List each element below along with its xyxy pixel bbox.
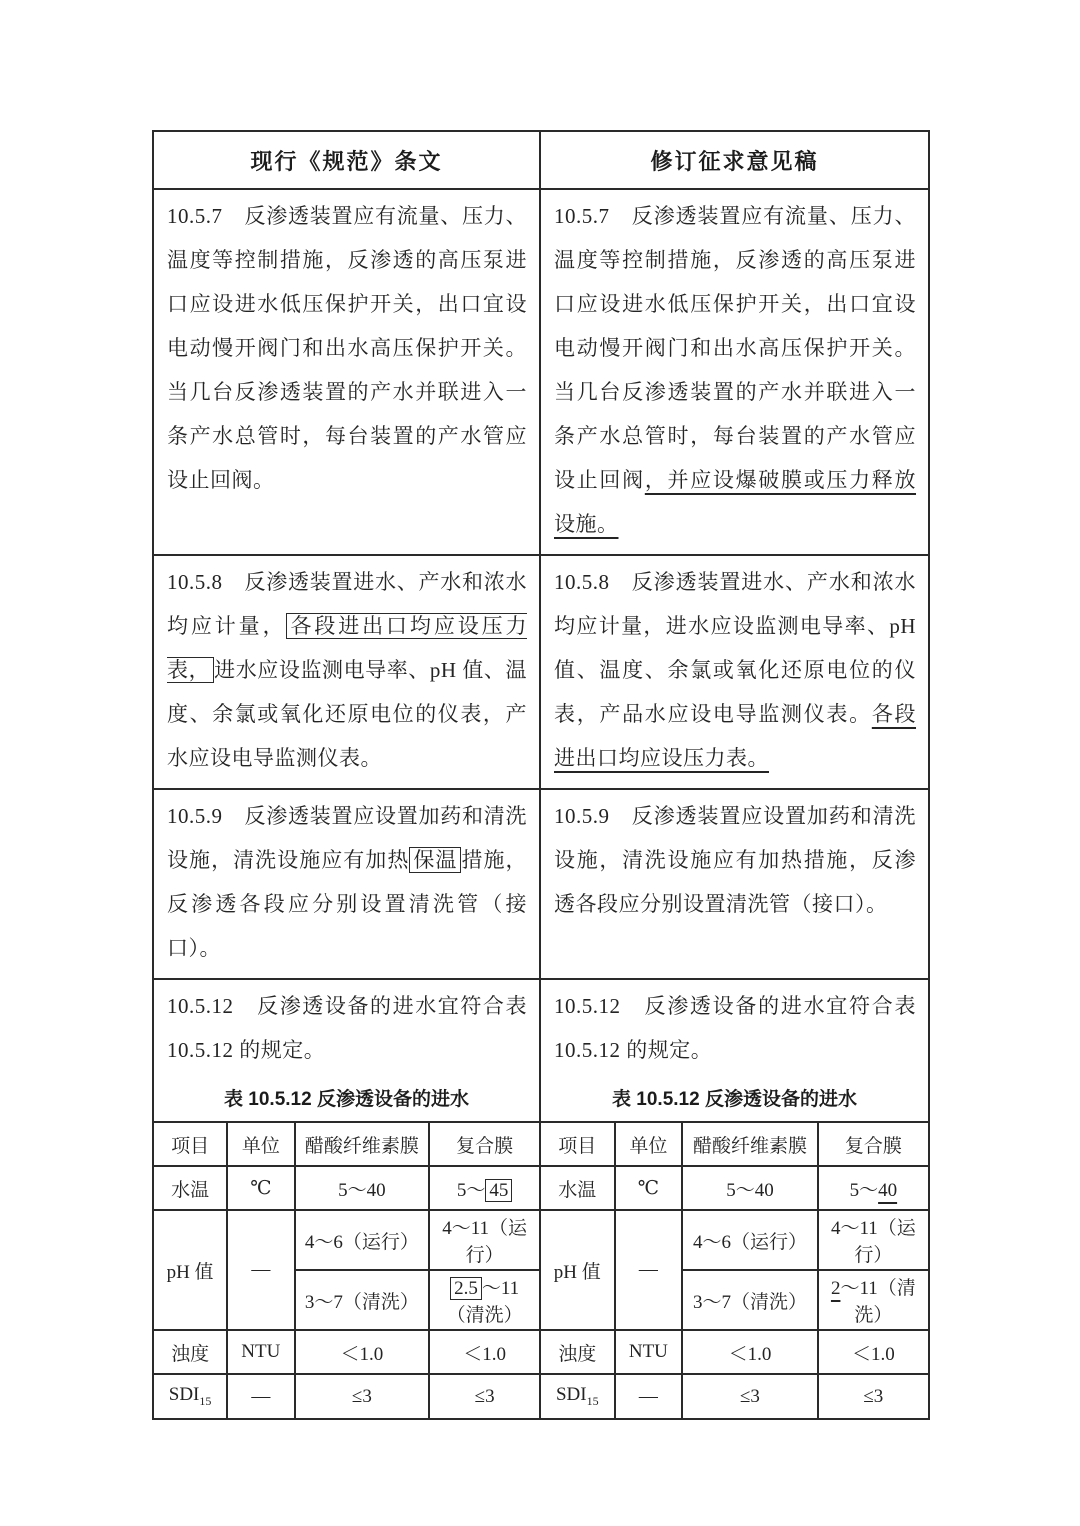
clause-text: 10.5.8 反渗透装置进水、产水和浓水均应计量，进水应设监测电导率、pH 值、…	[554, 560, 916, 780]
clause-10-5-7-row: 10.5.7 反渗透装置应有流量、压力、温度等控制措施，反渗透的高压泵进口应设进…	[154, 188, 928, 554]
composite-value-cell: 5～45	[429, 1166, 539, 1210]
sdi-label: SDI	[556, 1384, 587, 1405]
clause-10-5-12-row: 10.5.12 反渗透设备的进水宜符合表 10.5.12 的规定。 表 10.5…	[154, 978, 928, 1418]
item-cell: 浊度	[541, 1330, 615, 1374]
clause-10-5-8-revised-base: 10.5.8 反渗透装置进水、产水和浓水均应计量，进水应设监测电导率、pH 值、…	[554, 570, 916, 726]
clause-10-5-12-current-text: 10.5.12 反渗透设备的进水宜符合表 10.5.12 的规定。	[167, 994, 527, 1062]
document-page: 现行《规范》条文 修订征求意见稿 10.5.7 反渗透装置应有流量、压力、温度等…	[0, 0, 1080, 1526]
cellulose-value-cell: 3～7（清洗）	[682, 1270, 817, 1330]
cellulose-value-cell: 5～40	[295, 1166, 430, 1210]
clause-10-5-12-current: 10.5.12 反渗透设备的进水宜符合表 10.5.12 的规定。 表 10.5…	[154, 980, 541, 1418]
boxed-deleted-value: 2.5	[450, 1277, 482, 1300]
composite-value-cell: 4～11（运行）	[818, 1210, 928, 1270]
composite-value-cell: 5～40	[818, 1166, 928, 1210]
clause-text: 10.5.9 反渗透装置应设置加药和清洗设施，清洗设施应有加热保温措施，反渗透各…	[167, 794, 527, 970]
clause-10-5-7-current: 10.5.7 反渗透装置应有流量、压力、温度等控制措施，反渗透的高压泵进口应设进…	[154, 190, 541, 554]
item-cell: 水温	[154, 1166, 227, 1210]
underlined-added-value: 2	[831, 1278, 841, 1299]
cellulose-value-cell: ＜1.0	[295, 1330, 430, 1374]
sdi-label: SDI	[169, 1384, 200, 1405]
col-header-item: 项目	[541, 1122, 615, 1166]
composite-value-cell: 2.5～11（清洗）	[429, 1270, 539, 1330]
ph-run-row: pH 值 — 4～6（运行） 4～11（运行）	[541, 1210, 928, 1270]
composite-value-cell: 2～11（清洗）	[818, 1270, 928, 1330]
col-header-unit: 单位	[615, 1122, 683, 1166]
unit-cell: —	[615, 1374, 683, 1418]
turbidity-row: 浊度 NTU ＜1.0 ＜1.0	[541, 1330, 928, 1374]
composite-value-cell: ＜1.0	[818, 1330, 928, 1374]
item-cell: 水温	[541, 1166, 615, 1210]
item-cell: SDI15	[541, 1374, 615, 1418]
clause-10-5-7-revised: 10.5.7 反渗透装置应有流量、压力、温度等控制措施，反渗透的高压泵进口应设进…	[541, 190, 928, 554]
clause-10-5-9-current: 10.5.9 反渗透装置应设置加药和清洗设施，清洗设施应有加热保温措施，反渗透各…	[154, 790, 541, 978]
temp-prefix: 5～	[457, 1180, 486, 1201]
clause-text: 10.5.12 反渗透设备的进水宜符合表 10.5.12 的规定。	[154, 980, 539, 1072]
col-header-cellulose: 醋酸纤维素膜	[682, 1122, 817, 1166]
feedwater-table-current: 项目 单位 醋酸纤维素膜 复合膜 水温 ℃ 5～40 5～45 pH 值 —	[154, 1121, 539, 1418]
header-current-spec: 现行《规范》条文	[154, 132, 541, 188]
turbidity-row: 浊度 NTU ＜1.0 ＜1.0	[154, 1330, 539, 1374]
cellulose-value-cell: 4～6（运行）	[295, 1210, 430, 1270]
cellulose-value-cell: ＜1.0	[682, 1330, 817, 1374]
clause-text: 10.5.7 反渗透装置应有流量、压力、温度等控制措施，反渗透的高压泵进口应设进…	[167, 194, 527, 502]
header-row: 现行《规范》条文 修订征求意见稿	[154, 132, 928, 188]
clause-10-5-8-revised: 10.5.8 反渗透装置进水、产水和浓水均应计量，进水应设监测电导率、pH 值、…	[541, 556, 928, 788]
col-header-composite: 复合膜	[818, 1122, 928, 1166]
clause-10-5-8-row: 10.5.8 反渗透装置进水、产水和浓水均应计量，各段进出口均应设压力表，进水应…	[154, 554, 928, 788]
col-header-item: 项目	[154, 1122, 227, 1166]
cellulose-value-cell: 3～7（清洗）	[295, 1270, 430, 1330]
temp-prefix: 5～	[850, 1180, 879, 1201]
unit-cell: NTU	[227, 1330, 294, 1374]
clause-text: 10.5.9 反渗透装置应设置加药和清洗设施，清洗设施应有加热措施，反渗透各段应…	[554, 794, 916, 926]
comparison-table: 现行《规范》条文 修订征求意见稿 10.5.7 反渗透装置应有流量、压力、温度等…	[152, 130, 930, 1420]
clause-10-5-12-revised-text: 10.5.12 反渗透设备的进水宜符合表 10.5.12 的规定。	[554, 994, 916, 1062]
cellulose-value-cell: 4～6（运行）	[682, 1210, 817, 1270]
unit-cell: ℃	[227, 1166, 294, 1210]
cellulose-value-cell: 5～40	[682, 1166, 817, 1210]
cellulose-value-cell: ≤3	[295, 1374, 430, 1418]
table-caption-revised: 表 10.5.12 反渗透设备的进水	[541, 1084, 928, 1111]
sdi-subscript: 15	[199, 1394, 211, 1408]
water-temp-row: 水温 ℃ 5～40 5～40	[541, 1166, 928, 1210]
col-header-composite: 复合膜	[429, 1122, 539, 1166]
composite-value-cell: ＜1.0	[429, 1330, 539, 1374]
sdi-row: SDI15 — ≤3 ≤3	[154, 1374, 539, 1418]
clause-10-5-8-current-post: 进水应设监测电导率、pH 值、温度、余氯或氧化还原电位的仪表，产水应设电导监测仪…	[167, 658, 527, 770]
unit-cell: —	[615, 1210, 683, 1330]
boxed-deleted-text: 保温	[409, 847, 461, 873]
clause-10-5-7-current-text: 10.5.7 反渗透装置应有流量、压力、温度等控制措施，反渗透的高压泵进口应设进…	[167, 204, 527, 492]
table-header-row: 项目 单位 醋酸纤维素膜 复合膜	[154, 1122, 539, 1166]
underlined-added-value: 40	[878, 1180, 897, 1201]
clause-text: 10.5.7 反渗透装置应有流量、压力、温度等控制措施，反渗透的高压泵进口应设进…	[554, 194, 916, 546]
item-cell: SDI15	[154, 1374, 227, 1418]
table-caption-current: 表 10.5.12 反渗透设备的进水	[154, 1084, 539, 1111]
composite-value-cell: 4～11（运行）	[429, 1210, 539, 1270]
ph-run-row: pH 值 — 4～6（运行） 4～11（运行）	[154, 1210, 539, 1270]
unit-cell: —	[227, 1210, 294, 1330]
composite-value-cell: ≤3	[818, 1374, 928, 1418]
clause-10-5-9-revised: 10.5.9 反渗透装置应设置加药和清洗设施，清洗设施应有加热措施，反渗透各段应…	[541, 790, 928, 978]
clause-10-5-12-revised: 10.5.12 反渗透设备的进水宜符合表 10.5.12 的规定。 表 10.5…	[541, 980, 928, 1418]
composite-value-cell: ≤3	[429, 1374, 539, 1418]
header-revision-draft: 修订征求意见稿	[541, 132, 928, 188]
clause-text: 10.5.12 反渗透设备的进水宜符合表 10.5.12 的规定。	[541, 980, 928, 1072]
cellulose-value-cell: ≤3	[682, 1374, 817, 1418]
item-cell: pH 值	[154, 1210, 227, 1330]
clause-10-5-9-revised-text: 10.5.9 反渗透装置应设置加药和清洗设施，清洗设施应有加热措施，反渗透各段应…	[554, 804, 916, 916]
col-header-unit: 单位	[227, 1122, 294, 1166]
unit-cell: ℃	[615, 1166, 683, 1210]
feedwater-table-revised: 项目 单位 醋酸纤维素膜 复合膜 水温 ℃ 5～40 5～40 pH 值 —	[541, 1121, 928, 1418]
boxed-deleted-value: 45	[485, 1179, 512, 1202]
water-temp-row: 水温 ℃ 5～40 5～45	[154, 1166, 539, 1210]
unit-cell: —	[227, 1374, 294, 1418]
col-header-cellulose: 醋酸纤维素膜	[295, 1122, 430, 1166]
sdi-subscript: 15	[587, 1394, 599, 1408]
ph-clean-suffix: ～11（清洗）	[840, 1278, 915, 1326]
clause-10-5-7-revised-base: 10.5.7 反渗透装置应有流量、压力、温度等控制措施，反渗透的高压泵进口应设进…	[554, 204, 916, 492]
sdi-row: SDI15 — ≤3 ≤3	[541, 1374, 928, 1418]
item-cell: 浊度	[154, 1330, 227, 1374]
table-header-row: 项目 单位 醋酸纤维素膜 复合膜	[541, 1122, 928, 1166]
clause-10-5-8-current: 10.5.8 反渗透装置进水、产水和浓水均应计量，各段进出口均应设压力表，进水应…	[154, 556, 541, 788]
item-cell: pH 值	[541, 1210, 615, 1330]
clause-text: 10.5.8 反渗透装置进水、产水和浓水均应计量，各段进出口均应设压力表，进水应…	[167, 560, 527, 780]
unit-cell: NTU	[615, 1330, 683, 1374]
clause-10-5-9-row: 10.5.9 反渗透装置应设置加药和清洗设施，清洗设施应有加热保温措施，反渗透各…	[154, 788, 928, 978]
